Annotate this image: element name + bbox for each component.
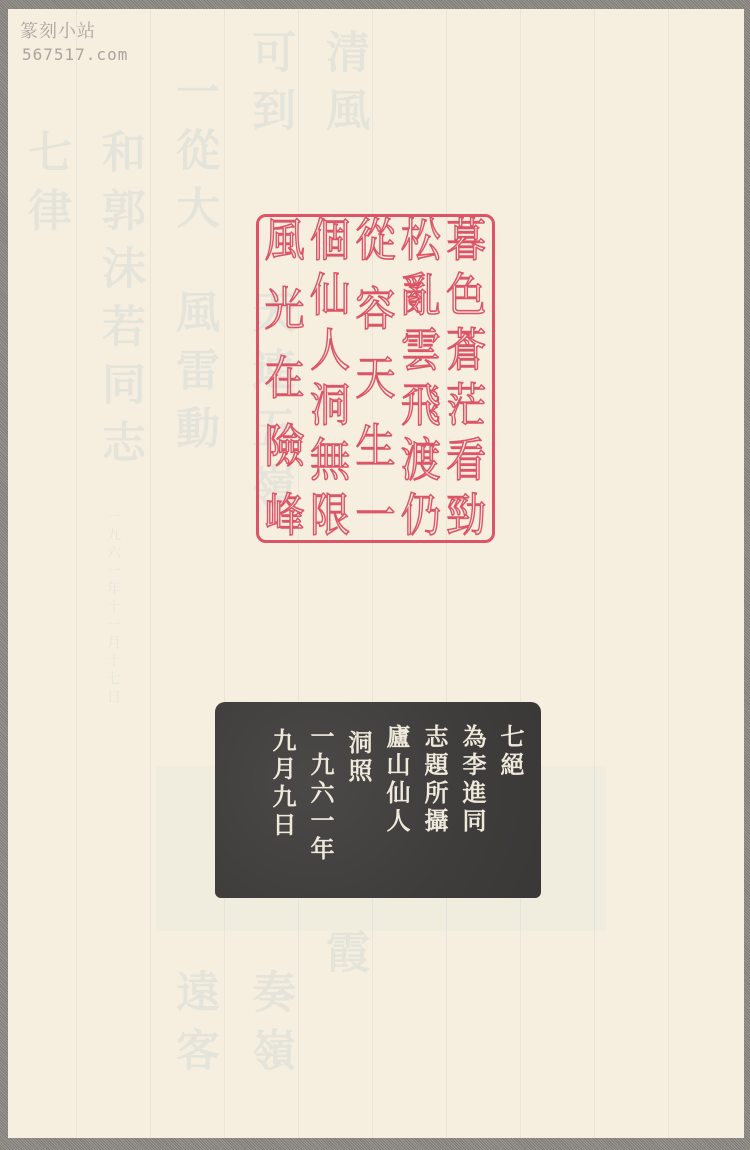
seal-column: 從 容 天 生 一 — [353, 221, 398, 536]
inscription-column: 志題所攝 — [419, 724, 449, 886]
inscription-column: 廬山仙人 — [381, 724, 411, 886]
seal-char: 洞 — [310, 383, 350, 429]
seal-column: 風 光 在 險 峰 — [262, 221, 307, 536]
column-rule — [372, 9, 373, 1138]
watermark-url: 567517.com — [22, 45, 128, 64]
seal-char: 容 — [355, 287, 395, 333]
bleed-through-date: 一九六一年十一月十七日 — [103, 509, 123, 707]
side-inscription-rubbing: 七絕 為李進同 志題所攝 廬山仙人 洞照 一九六一年 九月九日 — [215, 702, 541, 898]
seal-char: 險 — [265, 424, 305, 470]
bleed-through-text: 風雷動 — [168, 289, 218, 463]
seal-char: 看 — [446, 438, 486, 484]
column-rule — [594, 9, 595, 1138]
seal-char: 一 — [355, 493, 395, 539]
seal-char: 限 — [310, 493, 350, 539]
inscription-column: 為李進同 — [457, 724, 487, 886]
column-rule — [76, 9, 77, 1138]
inscription-column: 洞照 — [343, 730, 373, 886]
seal-char: 生 — [355, 424, 395, 470]
seal-char: 渡 — [401, 438, 441, 484]
seal-char: 亂 — [401, 273, 441, 319]
seal-char: 松 — [401, 218, 441, 264]
column-rule — [668, 9, 669, 1138]
inscription-column: 七絕 — [495, 724, 525, 886]
seal-char: 無 — [310, 438, 350, 484]
site-watermark: 篆刻小站 567517.com — [20, 17, 128, 64]
seal-column: 松 亂 雲 飛 渡 仍 — [398, 221, 443, 536]
seal-char: 仙 — [310, 273, 350, 319]
inscription-column: 九月九日 — [267, 728, 297, 886]
bleed-through-text: 七律 — [20, 129, 70, 245]
seal-char: 勁 — [446, 493, 486, 539]
seal-column: 暮 色 蒼 茫 看 勁 — [444, 221, 489, 536]
seal-char: 光 — [265, 287, 305, 333]
seal-char: 暮 — [446, 218, 486, 264]
seal-char: 仍 — [401, 493, 441, 539]
column-rule — [520, 9, 521, 1138]
column-rule — [446, 9, 447, 1138]
seal-char: 茫 — [446, 383, 486, 429]
column-rule — [298, 9, 299, 1138]
inscription-column: 一九六一年 — [305, 724, 335, 886]
seal-char: 峰 — [265, 493, 305, 539]
seal-impression: 暮 色 蒼 茫 看 勁 松 亂 雲 飛 渡 仍 從 容 天 生 一 個 仙 人 … — [256, 214, 495, 543]
seal-char: 在 — [265, 356, 305, 402]
seal-char: 人 — [310, 328, 350, 374]
bleed-through-text: 和郭沫若同志 — [94, 129, 144, 477]
seal-char: 蒼 — [446, 328, 486, 374]
bleed-through-text: 霞 — [318, 929, 368, 987]
bleed-through-text: 奏嶺 — [244, 969, 294, 1085]
column-rule — [150, 9, 151, 1138]
bleed-through-text: 可到 — [244, 29, 294, 145]
watermark-name: 篆刻小站 — [20, 17, 128, 43]
seal-char: 個 — [310, 218, 350, 264]
bleed-through-text: 清風 — [318, 29, 368, 145]
seal-char: 飛 — [401, 383, 441, 429]
seal-char: 雲 — [401, 328, 441, 374]
seal-char: 色 — [446, 273, 486, 319]
column-rule — [224, 9, 225, 1138]
book-page: 清風 可到 一從大 和郭沫若同志 七律 一九六一年十一月十七日 天連五嶺 風雷動… — [8, 9, 744, 1138]
seal-char: 天 — [355, 356, 395, 402]
seal-column: 個 仙 人 洞 無 限 — [307, 221, 352, 536]
seal-char: 從 — [355, 218, 395, 264]
bleed-through-text: 一從大 — [168, 69, 218, 243]
seal-char: 風 — [265, 218, 305, 264]
bleed-through-text: 遠客 — [168, 969, 218, 1085]
